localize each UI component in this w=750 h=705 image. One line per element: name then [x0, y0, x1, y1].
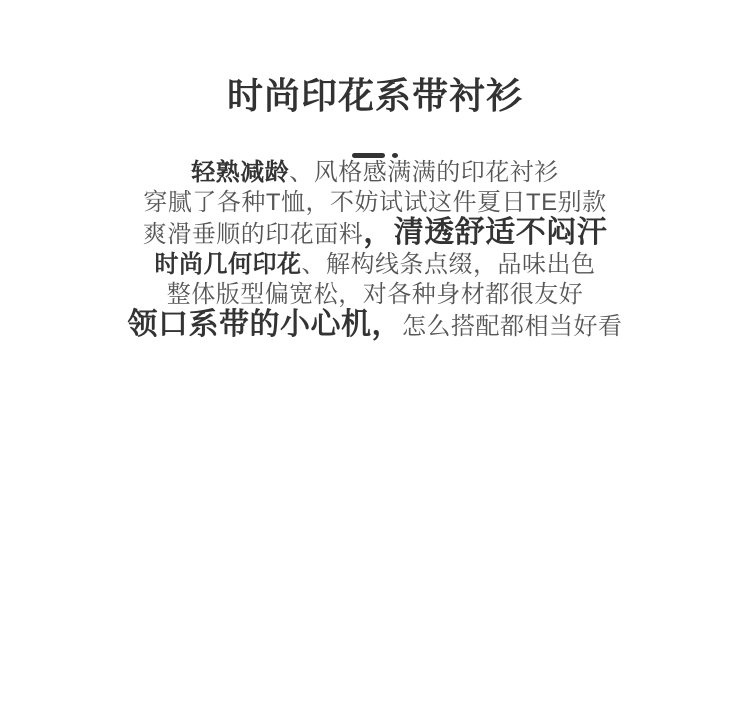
product-description-section: 时尚印花系带衬衫 轻熟减龄、风格感满满的印花衬衫 穿腻了各种T恤，不妨试试这件夏…	[0, 0, 750, 705]
emphasis-text: 轻熟减龄	[191, 159, 289, 186]
emphasis-text: 时尚几何印花	[155, 251, 302, 278]
body-text: 、风格感满满的印花衬衫	[289, 159, 559, 186]
description-line-1: 轻熟减龄、风格感满满的印花衬衫	[0, 158, 750, 188]
description-line-6: 领口系带的小心机，怎么搭配都相当好看	[0, 310, 750, 342]
description-line-2: 穿腻了各种T恤，不妨试试这件夏日TE别款	[0, 188, 750, 218]
description-line-3: 爽滑垂顺的印花面料，清透舒适不闷汗	[0, 218, 750, 250]
emphasis-text-large: 领口系带的小心机，	[128, 308, 403, 341]
divider-dash-icon	[352, 153, 385, 158]
emphasis-text-large: ，清透舒适不闷汗	[363, 216, 607, 249]
description-line-5: 整体版型偏宽松，对各种身材都很友好	[0, 280, 750, 310]
body-text: 、解构线条点缀，品味出色	[302, 251, 596, 278]
divider-dot-icon	[392, 153, 398, 158]
body-text: 穿腻了各种T恤，不妨试试这件夏日TE别款	[143, 189, 606, 216]
description-line-4: 时尚几何印花、解构线条点缀，品味出色	[0, 250, 750, 280]
body-text: 怎么搭配都相当好看	[402, 313, 623, 340]
body-text: 整体版型偏宽松，对各种身材都很友好	[167, 281, 584, 308]
body-text: 爽滑垂顺的印花面料	[143, 221, 364, 248]
section-title: 时尚印花系带衬衫	[0, 0, 750, 118]
